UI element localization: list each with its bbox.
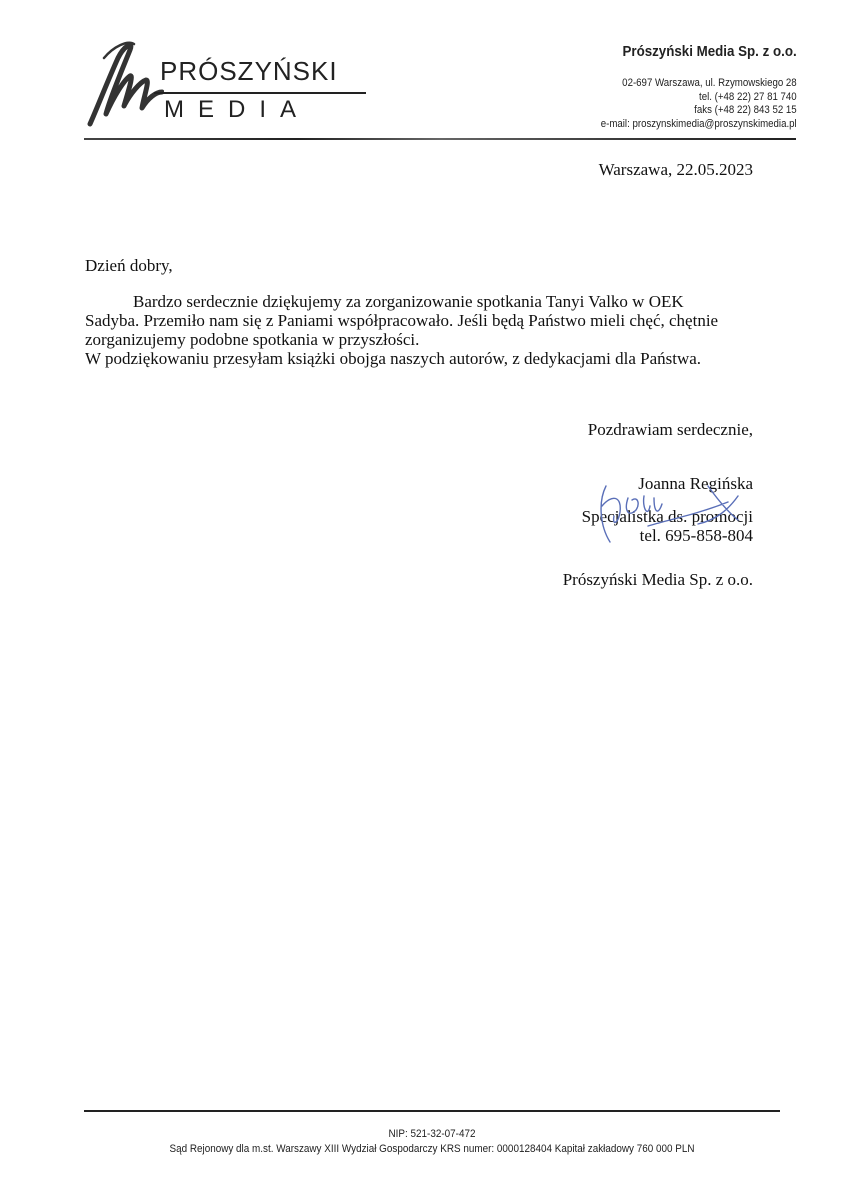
letter-body: Bardzo serdecznie dziękujemy za zorganiz… [85, 292, 775, 368]
paragraph-1-line-2: Sadyba. Przemiło nam się z Paniami współ… [85, 311, 775, 330]
footer-registry: Sąd Rejonowy dla m.st. Warszawy XIII Wyd… [119, 1142, 745, 1157]
paragraph-2: W podziękowaniu przesyłam książki obojga… [85, 349, 775, 368]
logo-wordmark-top: PRÓSZYŃSKI [160, 56, 338, 87]
scribble-m-logo-icon [84, 36, 164, 128]
letter-greeting: Dzień dobry, [85, 256, 173, 276]
signer-name: Joanna Regińska [582, 474, 753, 493]
footer-divider [84, 1110, 780, 1112]
footer-nip: NIP: 521-32-07-472 [119, 1127, 745, 1142]
paragraph-1-line-3: zorganizujemy podobne spotkania w przysz… [85, 330, 775, 349]
letter-date: Warszawa, 22.05.2023 [599, 160, 753, 180]
footer: NIP: 521-32-07-472 Sąd Rejonowy dla m.st… [84, 1127, 780, 1157]
company-fax: faks (+48 22) 843 52 15 [601, 104, 797, 118]
company-logo: PRÓSZYŃSKI MEDIA [84, 36, 374, 128]
logo-divider [154, 92, 366, 94]
company-name: Prószyński Media Sp. z o.o. [592, 44, 797, 60]
letter-closing: Pozdrawiam serdecznie, [588, 420, 753, 440]
company-contact-block: Prószyński Media Sp. z o.o. 02-697 Warsz… [574, 44, 797, 131]
signature-block: Joanna Regińska Specjalistka ds. promocj… [582, 474, 753, 545]
company-phone: tel. (+48 22) 27 81 740 [601, 91, 797, 105]
paragraph-1-line-1: Bardzo serdecznie dziękujemy za zorganiz… [85, 292, 775, 311]
company-email: e-mail: proszynskimedia@proszynskimedia.… [601, 118, 797, 132]
signer-phone: tel. 695-858-804 [582, 526, 753, 545]
signer-title: Specjalistka ds. promocji [582, 507, 753, 526]
letterhead-divider [84, 138, 796, 140]
company-address: 02-697 Warszawa, ul. Rzymowskiego 28 [601, 77, 797, 91]
logo-wordmark-bottom: MEDIA [164, 96, 310, 124]
signer-company: Prószyński Media Sp. z o.o. [563, 570, 753, 590]
